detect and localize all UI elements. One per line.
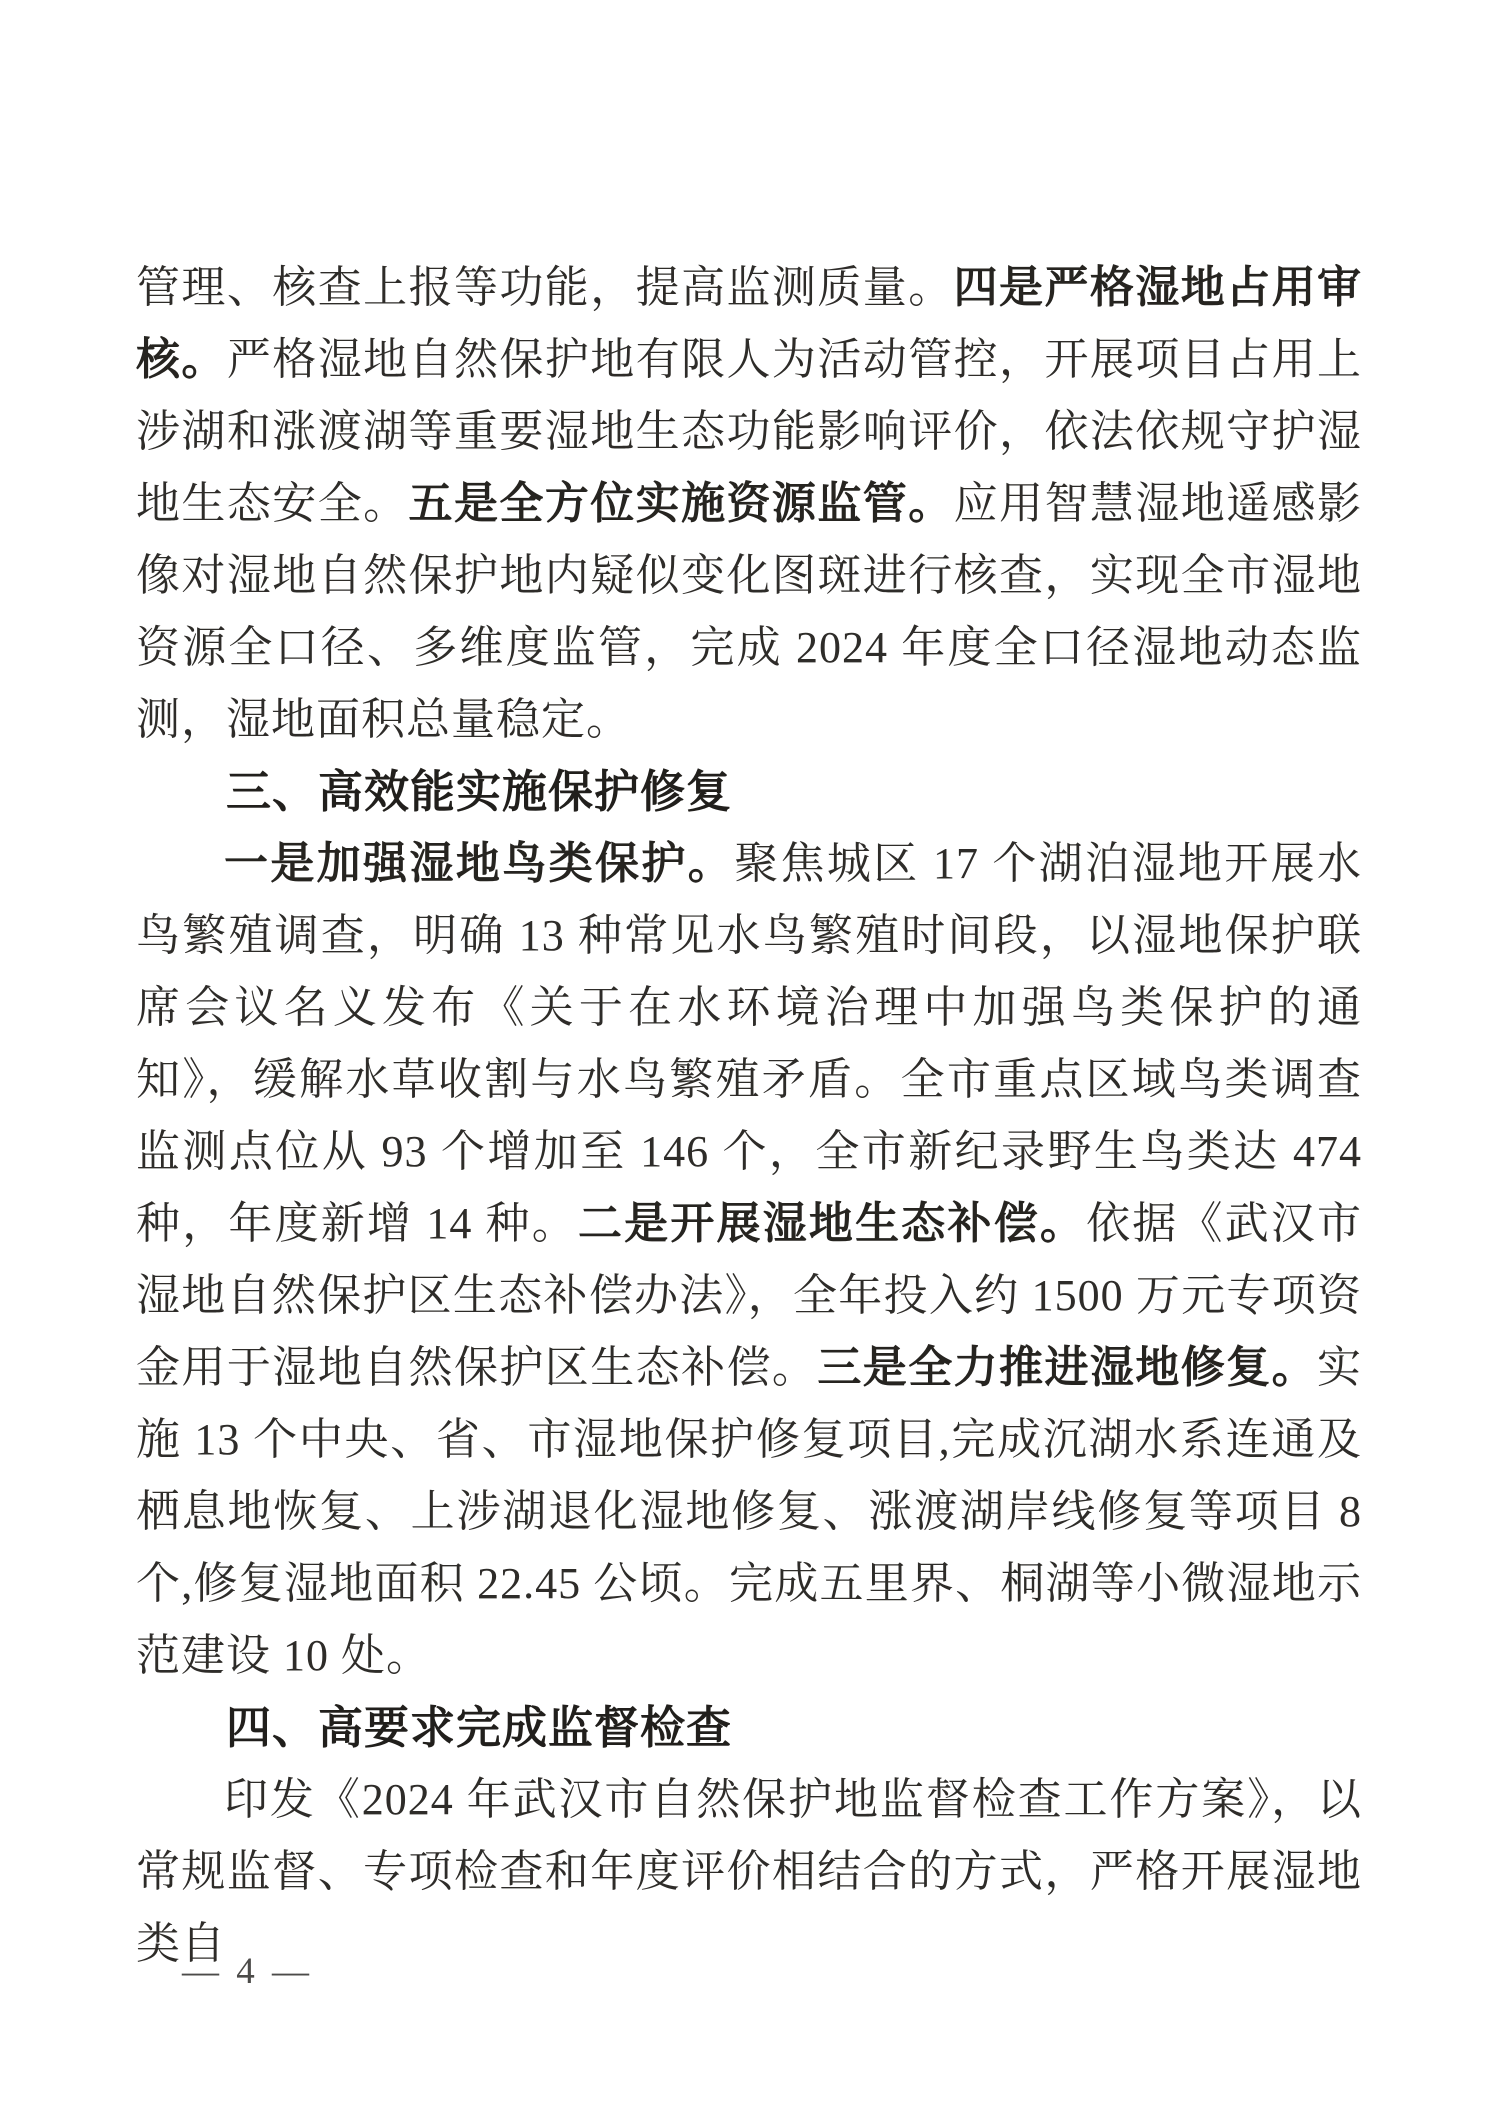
paragraph-continued: 管理、核查上报等功能，提高监测质量。四是严格湿地占用审核。严格湿地自然保护地有限… (136, 252, 1362, 756)
paragraph-text: 实施 13 个中央、省、市湿地保护修复项目,完成沉湖水系连通及栖息地恢复、上涉湖… (136, 1343, 1362, 1680)
section-heading-3: 三、高效能实施保护修复 (136, 756, 1362, 828)
paragraph: 印发《2024 年武汉市自然保护地监督检查工作方案》，以常规监督、专项检查和年度… (136, 1764, 1362, 1980)
emphasis-text: 一是加强湿地鸟类保护。 (224, 839, 734, 888)
section-heading-4: 四、高要求完成监督检查 (136, 1692, 1362, 1764)
emphasis-text: 五是全方位实施资源监管。 (409, 479, 954, 528)
emphasis-text: 三是全力推进湿地修复。 (817, 1343, 1317, 1392)
document-body: 管理、核查上报等功能，提高监测质量。四是严格湿地占用审核。严格湿地自然保护地有限… (136, 252, 1362, 1980)
paragraph-text: 管理、核查上报等功能，提高监测质量。 (136, 263, 954, 312)
document-page: 管理、核查上报等功能，提高监测质量。四是严格湿地占用审核。严格湿地自然保护地有限… (0, 0, 1487, 2102)
paragraph-text: 聚焦城区 17 个湖泊湿地开展水鸟繁殖调查，明确 13 种常见水鸟繁殖时间段，以… (136, 839, 1362, 1248)
paragraph-text: 印发《2024 年武汉市自然保护地监督检查工作方案》，以常规监督、专项检查和年度… (136, 1775, 1362, 1968)
emphasis-text: 二是开展湿地生态补偿。 (578, 1199, 1086, 1248)
paragraph: 一是加强湿地鸟类保护。聚焦城区 17 个湖泊湿地开展水鸟繁殖调查，明确 13 种… (136, 828, 1362, 1692)
page-number: — 4 — (182, 1944, 313, 2000)
